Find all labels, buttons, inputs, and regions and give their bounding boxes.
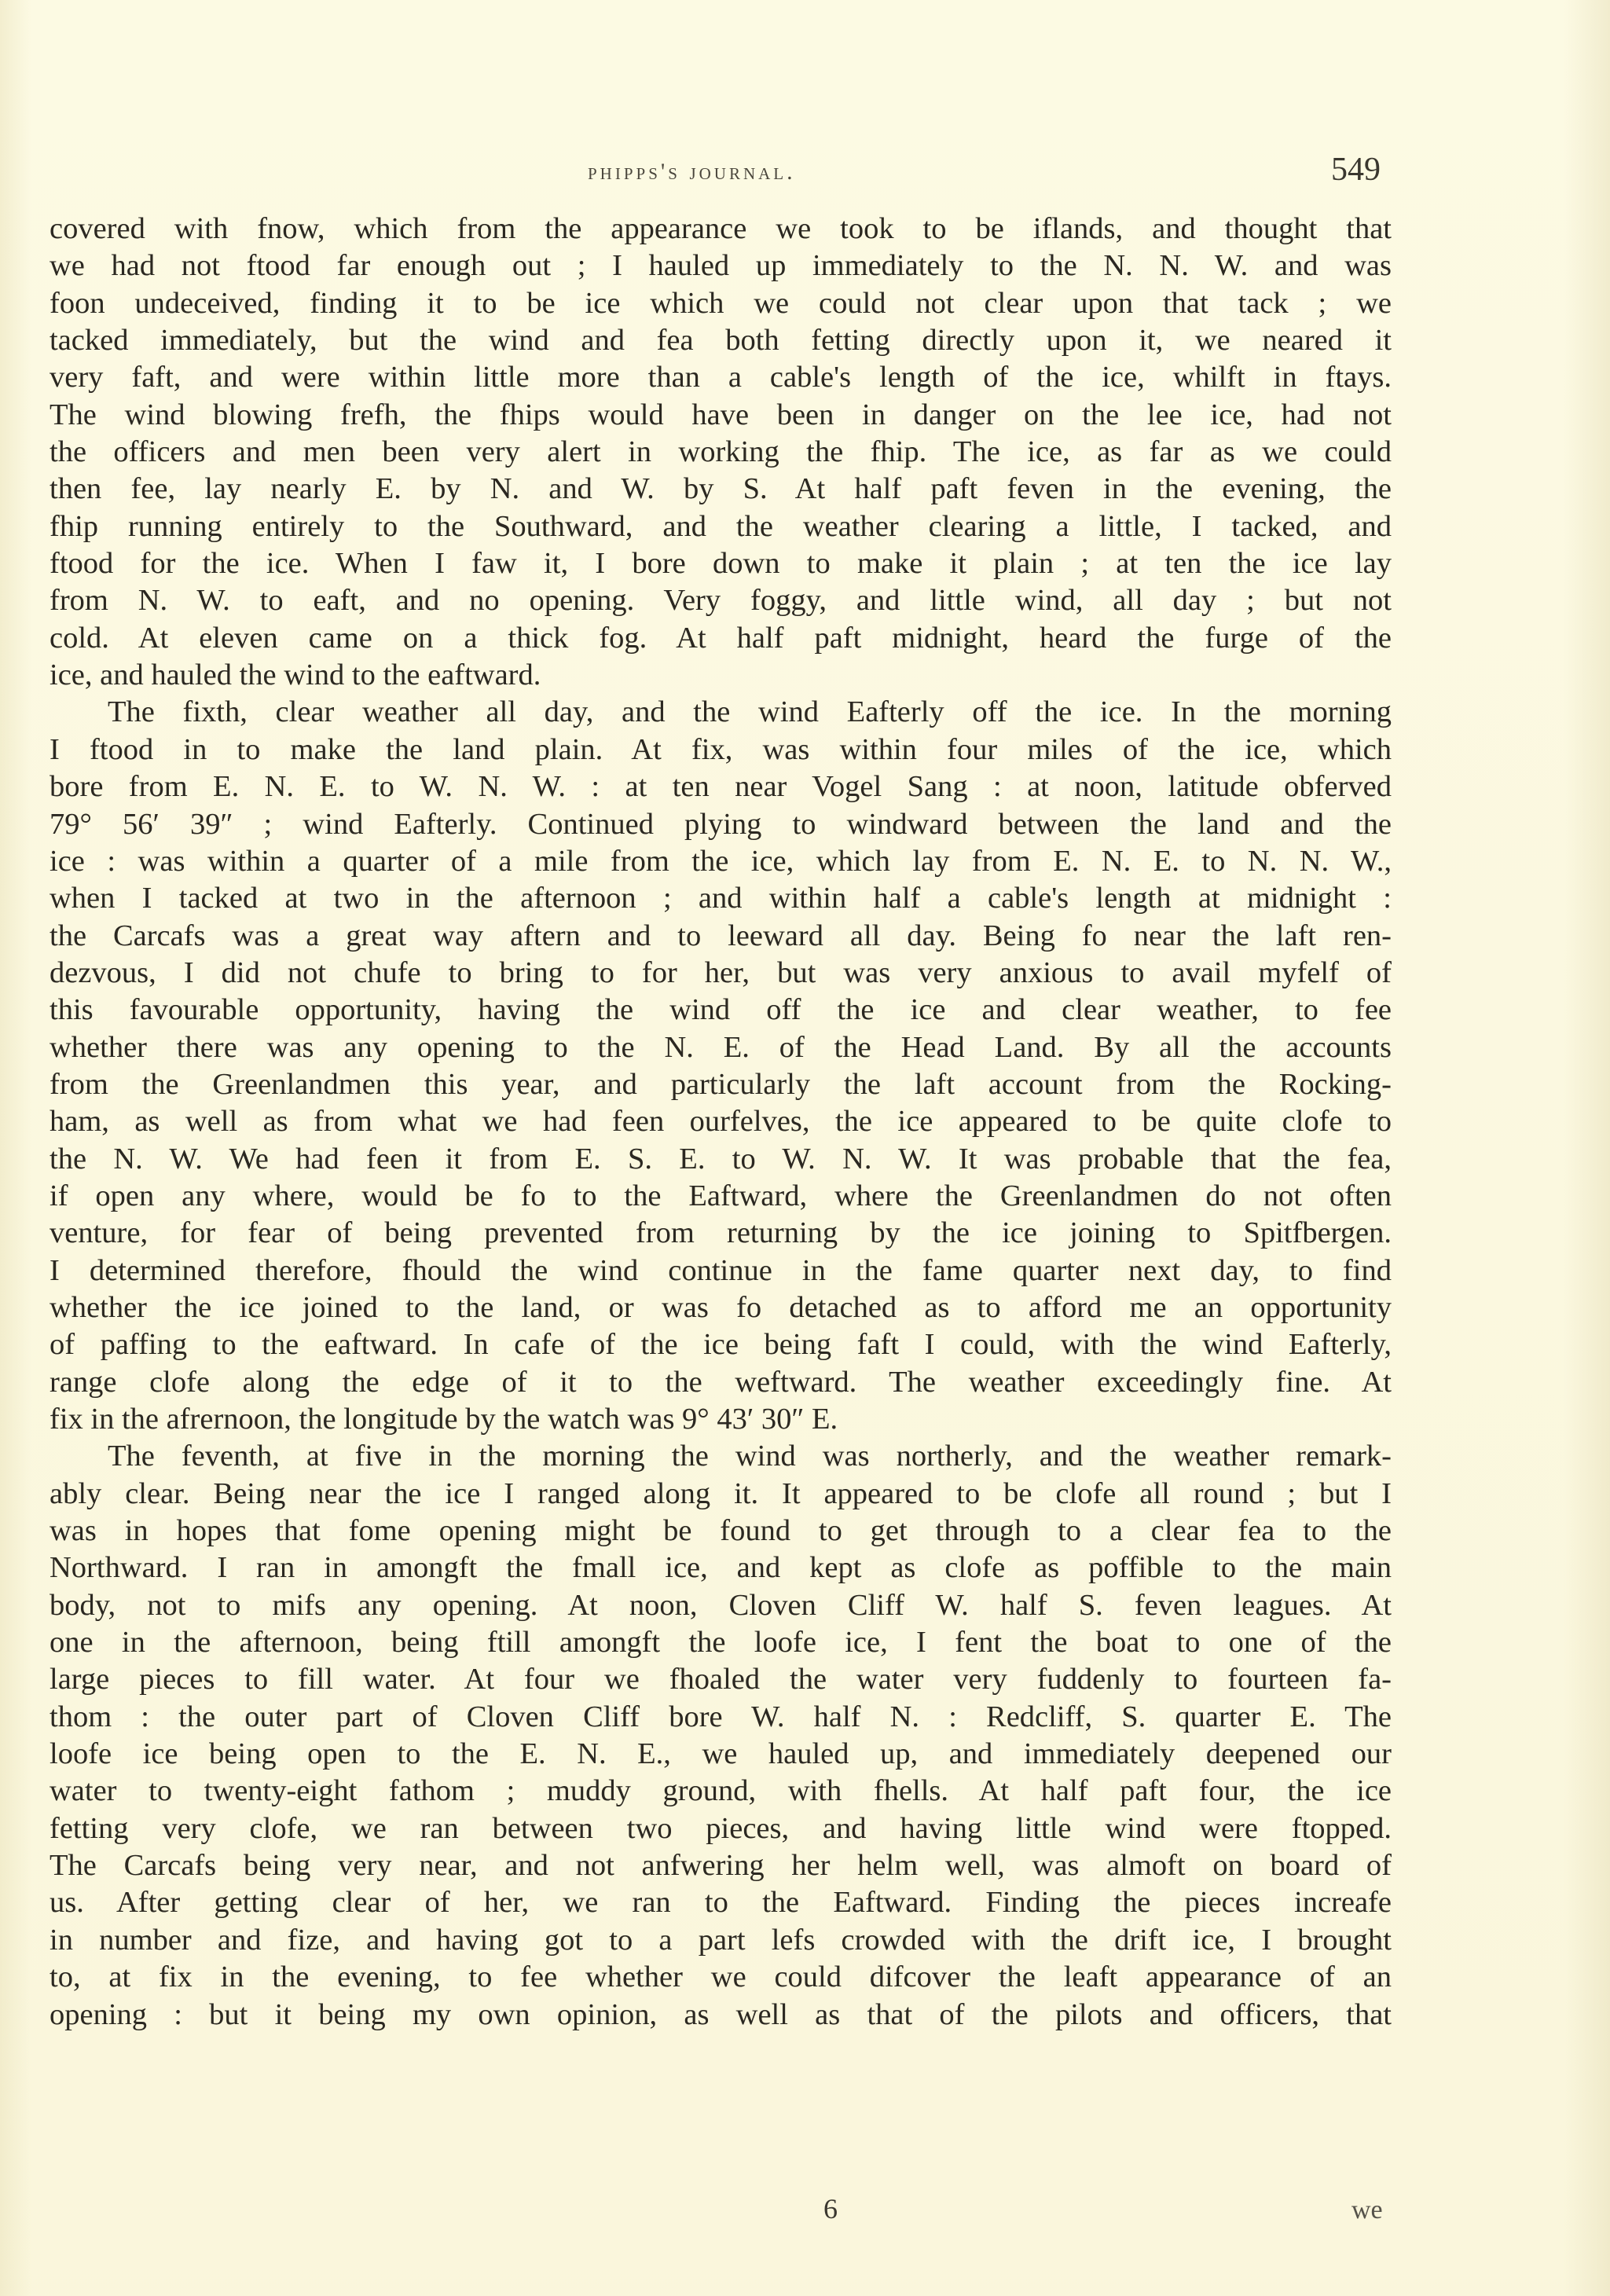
text-line: bore from E. N. E. to W. N. W. : at ten … bbox=[50, 768, 1392, 805]
text-line: the N. W. We had feen it from E. S. E. t… bbox=[50, 1141, 1392, 1178]
text-line: The wind blowing frefh, the fhips would … bbox=[50, 397, 1392, 434]
text-line: whether the ice joined to the land, or w… bbox=[50, 1289, 1392, 1326]
paragraph-end-line: ice, and hauled the wind to the eaftward… bbox=[50, 657, 1392, 694]
text-line: ice : was within a quarter of a mile fro… bbox=[50, 843, 1392, 880]
text-line: fetting very clofe, we ran between two p… bbox=[50, 1810, 1392, 1847]
text-line: in number and fize, and having got to a … bbox=[50, 1922, 1392, 1959]
text-line: ftood for the ice. When I faw it, I bore… bbox=[50, 545, 1392, 582]
text-line: tacked immediately, but the wind and fea… bbox=[50, 322, 1392, 359]
text-line: body, not to mifs any opening. At noon, … bbox=[50, 1587, 1392, 1624]
signature-mark: 6 bbox=[823, 2192, 838, 2225]
text-line: cold. At eleven came on a thick fog. At … bbox=[50, 620, 1392, 657]
text-line: loofe ice being open to the E. N. E., we… bbox=[50, 1736, 1392, 1773]
text-line: large pieces to fill water. At four we f… bbox=[50, 1661, 1392, 1698]
text-line: opening : but it being my own opinion, a… bbox=[50, 1997, 1392, 2034]
text-line: I determined therefore, fhould the wind … bbox=[50, 1253, 1392, 1289]
text-line: Northward. I ran in amongft the fmall ic… bbox=[50, 1550, 1392, 1586]
text-line: when I tacked at two in the afternoon ; … bbox=[50, 880, 1392, 917]
text-line: ham, as well as from what we had feen ou… bbox=[50, 1103, 1392, 1140]
paragraph-start-line: The fixth, clear weather all day, and th… bbox=[50, 694, 1392, 731]
text-line: fhip running entirely to the Southward, … bbox=[50, 508, 1392, 545]
text-line: covered with fnow, which from the appear… bbox=[50, 211, 1392, 248]
text-line: one in the afternoon, being ftill amongf… bbox=[50, 1624, 1392, 1661]
text-line: from N. W. to eaft, and no opening. Very… bbox=[50, 582, 1392, 619]
text-line: to, at fix in the evening, to fee whethe… bbox=[50, 1959, 1392, 1996]
text-line: of paffing to the eaftward. In cafe of t… bbox=[50, 1326, 1392, 1363]
text-line: ably clear. Being near the ice I ranged … bbox=[50, 1476, 1392, 1513]
running-head: PHIPPS'S JOURNAL. 549 bbox=[0, 151, 1610, 198]
text-line: venture, for fear of being prevented fro… bbox=[50, 1215, 1392, 1252]
text-line: then fee, lay nearly E. by N. and W. by … bbox=[50, 471, 1392, 508]
text-line: 79° 56′ 39″ ; wind Eafterly. Continued p… bbox=[50, 806, 1392, 843]
text-line: if open any where, would be fo to the Ea… bbox=[50, 1178, 1392, 1215]
text-line: foon undeceived, finding it to be ice wh… bbox=[50, 285, 1392, 322]
text-line: water to twenty-eight fathom ; muddy gro… bbox=[50, 1773, 1392, 1810]
text-line: was in hopes that fome opening might be … bbox=[50, 1513, 1392, 1550]
book-page: PHIPPS'S JOURNAL. 549 covered with fnow,… bbox=[0, 0, 1610, 2296]
text-line: dezvous, I did not chufe to bring to for… bbox=[50, 955, 1392, 992]
text-line: very faft, and were within little more t… bbox=[50, 359, 1392, 396]
paragraph-start-line: The feventh, at five in the morning the … bbox=[50, 1438, 1392, 1475]
text-line: The Carcafs being very near, and not anf… bbox=[50, 1847, 1392, 1884]
text-line: whether there was any opening to the N. … bbox=[50, 1029, 1392, 1066]
text-line: the officers and men been very alert in … bbox=[50, 434, 1392, 471]
text-line: the Carcafs was a great way aftern and t… bbox=[50, 918, 1392, 955]
text-line: this favourable opportunity, having the … bbox=[50, 992, 1392, 1029]
body-text: covered with fnow, which from the appear… bbox=[50, 211, 1392, 2034]
text-line: us. After getting clear of her, we ran t… bbox=[50, 1884, 1392, 1921]
paragraph-end-line: fix in the afrernoon, the longitude by t… bbox=[50, 1401, 1392, 1438]
text-line: I ftood in to make the land plain. At fi… bbox=[50, 732, 1392, 768]
catchword: we bbox=[1351, 2195, 1383, 2225]
text-line: range clofe along the edge of it to the … bbox=[50, 1364, 1392, 1401]
running-title: PHIPPS'S JOURNAL. bbox=[588, 159, 796, 185]
text-line: from the Greenlandmen this year, and par… bbox=[50, 1066, 1392, 1103]
text-line: we had not ftood far enough out ; I haul… bbox=[50, 248, 1392, 284]
text-line: thom : the outer part of Cloven Cliff bo… bbox=[50, 1699, 1392, 1736]
page-number: 549 bbox=[1331, 151, 1381, 189]
